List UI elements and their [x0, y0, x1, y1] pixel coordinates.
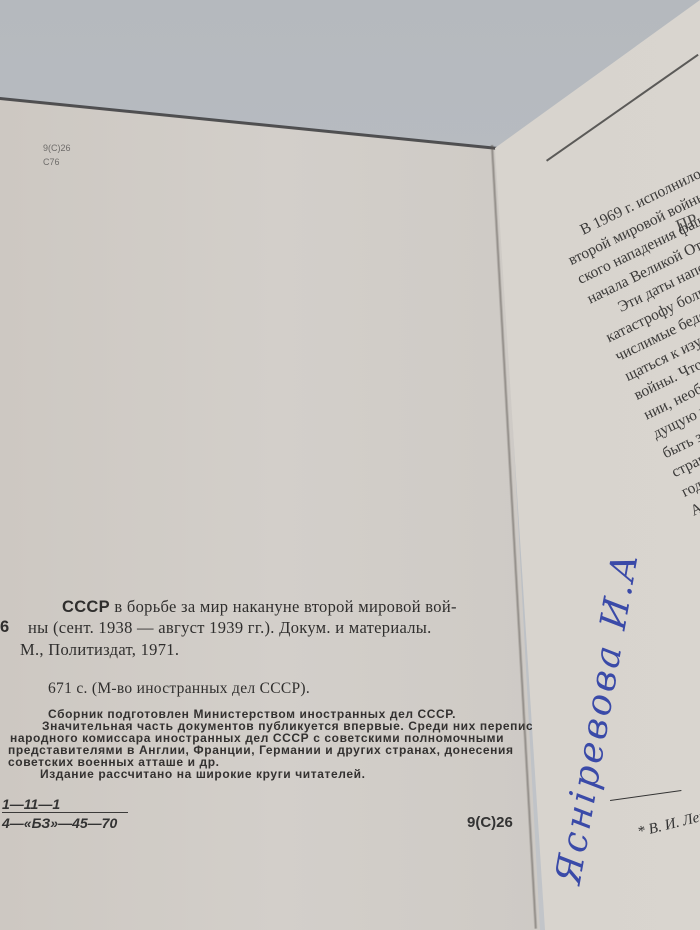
- top-classification-code: 9(С)26: [43, 143, 71, 153]
- bbk-numerator: 1—11—1: [2, 796, 60, 812]
- udk-code: 9(С)26: [467, 814, 513, 831]
- bbk-denominator: 4—«БЗ»—45—70: [2, 815, 117, 831]
- catalog-line-1-rest: в борьбе за мир накануне второй мировой …: [110, 597, 457, 616]
- top-author-mark: С76: [43, 157, 60, 167]
- catalog-pages: 671 с. (М-во иностранных дел СССР).: [48, 680, 310, 698]
- annotation-line: Издание рассчитано на широкие круги чита…: [40, 767, 366, 781]
- fraction-line: [2, 812, 128, 813]
- catalog-line-3: М., Политиздат, 1971.: [20, 640, 179, 660]
- catalog-line-1: СССР в борьбе за мир накануне второй мир…: [62, 597, 457, 617]
- catalog-title-bold: СССР: [62, 598, 110, 616]
- catalog-line-2: ны (сент. 1938 — август 1939 гг.). Докум…: [28, 618, 432, 638]
- margin-mark: 6: [0, 618, 9, 637]
